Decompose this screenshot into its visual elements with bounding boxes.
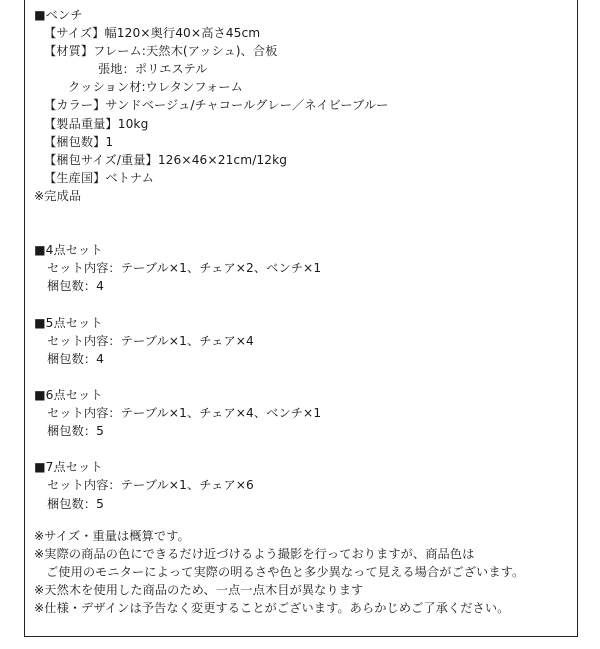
set-5-title: ■5点セット xyxy=(34,314,579,332)
bench-color: 【カラー】サンドベージュ/チャコールグレー／ネイビーブルー xyxy=(34,96,579,114)
bench-package-size: 【梱包サイズ/重量】126×46×21cm/12kg xyxy=(34,151,579,169)
note-color-2: ご使用のモニターによって実際の明るさや色と多少異なって見える場合がございます。 xyxy=(34,563,524,581)
set-7-packages: 梱包数：5 xyxy=(34,495,579,513)
set-5-packages: 梱包数：4 xyxy=(34,350,579,368)
set-7-title: ■7点セット xyxy=(34,458,579,476)
note-color-1: ※実際の商品の色にできるだけ近づけるよう撮影を行っておりますが、商品色は xyxy=(34,545,524,563)
bench-weight: 【製品重量】10kg xyxy=(34,115,579,133)
bench-origin: 【生産国】ベトナム xyxy=(34,169,579,187)
note-size-weight: ※サイズ・重量は概算です。 xyxy=(34,527,524,545)
bench-upholstery: 張地：ポリエステル xyxy=(34,60,579,78)
notes: ※サイズ・重量は概算です。 ※実際の商品の色にできるだけ近づけるよう撮影を行って… xyxy=(34,527,524,617)
set-6-contents: セット内容：テーブル×1、チェア×4、ベンチ×1 xyxy=(34,404,579,422)
set-6-title: ■6点セット xyxy=(34,386,579,404)
set-4-title: ■4点セット xyxy=(34,241,579,259)
spec-content: ■ベンチ 【サイズ】幅120×奥行40×高さ45cm 【材質】フレーム:天然木(… xyxy=(34,6,579,513)
note-spec-change: ※仕様・デザインは予告なく変更することがございます。あらかじめご了承ください。 xyxy=(34,599,524,617)
bench-heading: ■ベンチ xyxy=(34,6,579,24)
set-4-contents: セット内容：テーブル×1、チェア×2、ベンチ×1 xyxy=(34,259,579,277)
bench-package-count: 【梱包数】1 xyxy=(34,133,579,151)
set-4-packages: 梱包数：4 xyxy=(34,277,579,295)
set-5-contents: セット内容：テーブル×1、チェア×4 xyxy=(34,332,579,350)
bench-cushion: クッション材:ウレタンフォーム xyxy=(34,78,579,96)
bench-assembled-note: ※完成品 xyxy=(34,187,579,205)
set-6-packages: 梱包数：5 xyxy=(34,422,579,440)
bench-material: 【材質】フレーム:天然木(アッシュ)、合板 xyxy=(34,42,579,60)
bench-size: 【サイズ】幅120×奥行40×高さ45cm xyxy=(34,24,579,42)
set-7-contents: セット内容：テーブル×1、チェア×6 xyxy=(34,476,579,494)
note-natural-wood: ※天然木を使用した商品のため、一点一点木目が異なります xyxy=(34,581,524,599)
